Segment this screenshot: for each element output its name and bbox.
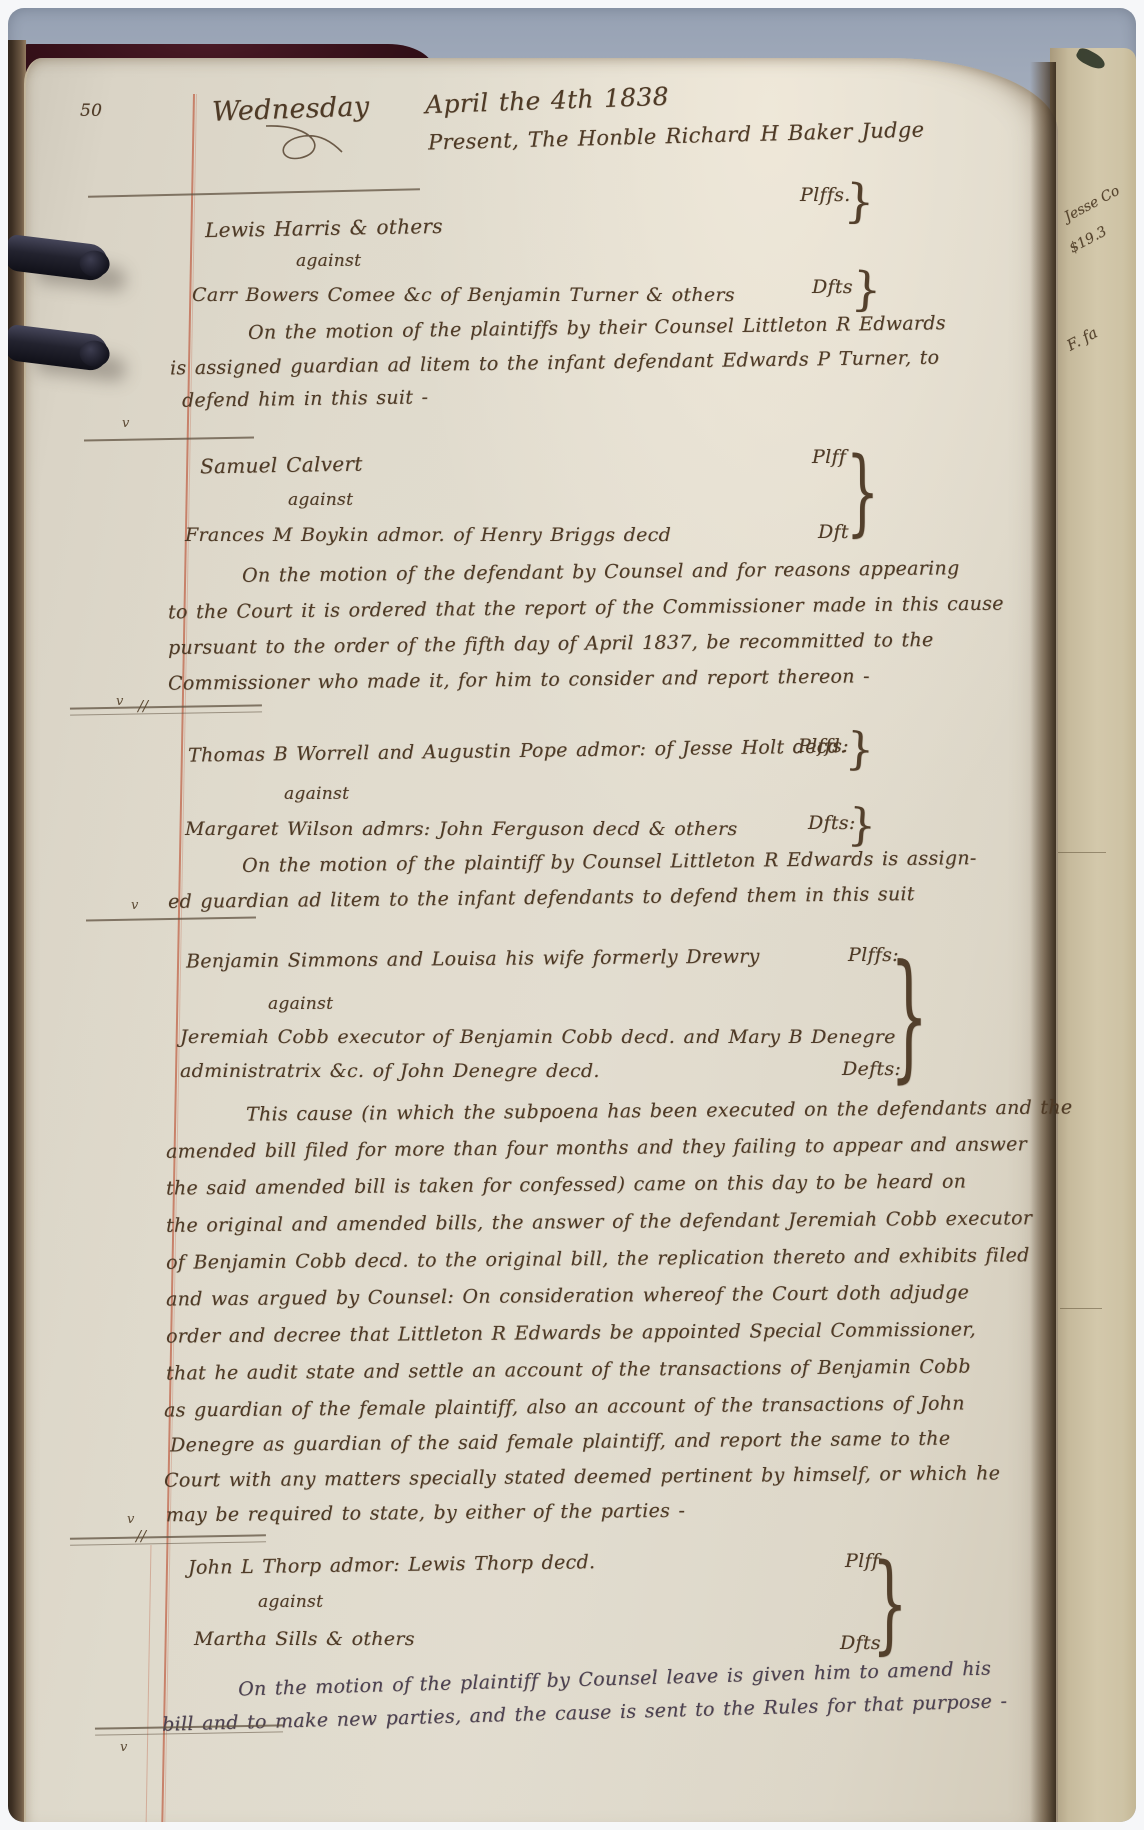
case-defendant-line2: administratrix &c. of John Denegre decd.: [180, 1060, 600, 1082]
adjacent-page-stack: [1050, 48, 1136, 1822]
adjacent-page-line: [1058, 852, 1106, 853]
case-defendant: Frances M Boykin admor. of Henry Briggs …: [185, 524, 671, 546]
case-defendant: Carr Bowers Comee &c of Benjamin Turner …: [192, 284, 735, 306]
defendant-abbrev-label: Dfts: [840, 1632, 881, 1654]
case-brace: }: [850, 265, 882, 313]
screenshot-root: 50 Wednesday April the 4th 1838 Present,…: [0, 0, 1144, 1830]
adjacent-page-line: [1060, 1308, 1102, 1309]
photo-frame: 50 Wednesday April the 4th 1838 Present,…: [8, 8, 1136, 1822]
case-defendant: Margaret Wilson admrs: John Ferguson dec…: [185, 818, 737, 840]
case-plaintiff: Lewis Harris & others: [205, 214, 443, 242]
margin-slashes: //: [138, 697, 148, 715]
case-plaintiff: Samuel Calvert: [200, 452, 363, 479]
case-defendant: Martha Sills & others: [194, 1628, 415, 1650]
margin-checkmark: v: [131, 898, 138, 913]
case-against-label: against: [284, 784, 349, 804]
margin-checkmark: v: [127, 1512, 134, 1527]
margin-checkmark: v: [120, 1740, 127, 1755]
plaintiff-abbrev-label: Plffs:: [798, 735, 849, 757]
defendant-abbrev-label: Dfts: [812, 276, 853, 298]
plaintiff-abbrev-label: Plffs.: [800, 184, 851, 206]
case-defendant: Jeremiah Cobb executor of Benjamin Cobb …: [180, 1026, 896, 1048]
case-against-label: against: [288, 490, 353, 510]
defendant-abbrev-label: Defts:: [842, 1058, 901, 1080]
case-order-text-line: defend him in this suit -: [182, 386, 429, 411]
case-brace: }: [843, 177, 875, 225]
defendant-abbrev-label: Dft: [818, 521, 849, 543]
case-brace: }: [846, 446, 879, 540]
case-against-label: against: [268, 994, 333, 1014]
plaintiff-abbrev-label: Plff: [812, 446, 846, 468]
page-number: 50: [80, 101, 102, 121]
margin-slashes: //: [136, 1527, 146, 1545]
case-brace: }: [846, 803, 877, 849]
flourish-mark: [258, 122, 350, 164]
case-order-text-line: may be required to state, by either of t…: [166, 1500, 685, 1527]
margin-checkmark: v: [122, 416, 129, 431]
book-scene: 50 Wednesday April the 4th 1838 Present,…: [8, 8, 1136, 1822]
case-against-label: against: [258, 1592, 323, 1612]
case-brace: }: [844, 727, 875, 773]
page-edge-shadow: [1030, 62, 1056, 1822]
case-against-label: against: [296, 251, 361, 271]
